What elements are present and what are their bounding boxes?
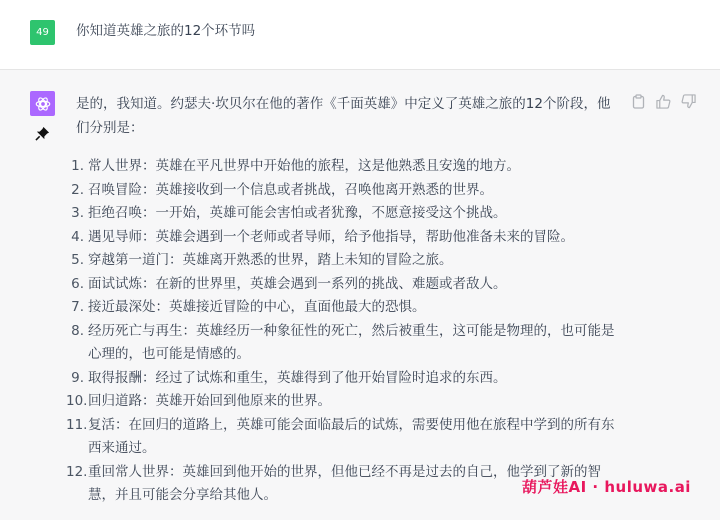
- openai-logo-icon: [34, 95, 52, 113]
- list-item: 1.常人世界：英雄在平凡世界中开始他的旅程，这是他熟悉且安逸的地方。: [66, 155, 626, 179]
- list-item: 2.召唤冒险：英雄接收到一个信息或者挑战，召唤他离开熟悉的世界。: [66, 179, 626, 203]
- step-text: 回归道路：英雄开始回到他原来的世界。: [88, 390, 626, 414]
- step-number: 3.: [66, 202, 88, 226]
- list-item: 5.穿越第一道门：英雄离开熟悉的世界，踏上未知的冒险之旅。: [66, 249, 626, 273]
- message-actions: [630, 93, 696, 109]
- step-number: 12.: [66, 461, 88, 508]
- thumbs-up-icon: [656, 94, 671, 109]
- clipboard-icon: [632, 94, 645, 109]
- step-text: 召唤冒险：英雄接收到一个信息或者挑战，召唤他离开熟悉的世界。: [88, 179, 626, 203]
- step-number: 11.: [66, 414, 88, 461]
- step-text: 遇见导师：英雄会遇到一个老师或者导师，给予他指导，帮助他准备未来的冒险。: [88, 226, 626, 250]
- assistant-intro-text: 是的，我知道。约瑟夫·坎贝尔在他的著作《千面英雄》中定义了英雄之旅的12个阶段，…: [76, 93, 621, 140]
- list-item: 11.复活：在回归的道路上，英雄可能会面临最后的试炼，需要使用他在旅程中学到的所…: [66, 414, 626, 461]
- list-item: 7.接近最深处：英雄接近冒险的中心，直面他最大的恐惧。: [66, 296, 626, 320]
- user-message-row: 49 你知道英雄之旅的12个环节吗: [0, 0, 720, 70]
- step-number: 6.: [66, 273, 88, 297]
- list-item: 4.遇见导师：英雄会遇到一个老师或者导师，给予他指导，帮助他准备未来的冒险。: [66, 226, 626, 250]
- thumbs-up-button[interactable]: [655, 93, 671, 109]
- step-number: 4.: [66, 226, 88, 250]
- assistant-message-row: 是的，我知道。约瑟夫·坎贝尔在他的著作《千面英雄》中定义了英雄之旅的12个阶段，…: [0, 71, 720, 520]
- pin-icon[interactable]: [35, 126, 50, 141]
- step-text: 穿越第一道门：英雄离开熟悉的世界，踏上未知的冒险之旅。: [88, 249, 626, 273]
- step-text: 经历死亡与再生：英雄经历一种象征性的死亡，然后被重生，这可能是物理的，也可能是心…: [88, 320, 626, 367]
- copy-button[interactable]: [630, 93, 646, 109]
- step-number: 8.: [66, 320, 88, 367]
- user-avatar: 49: [30, 20, 55, 45]
- step-number: 1.: [66, 155, 88, 179]
- step-number: 9.: [66, 367, 88, 391]
- step-number: 10.: [66, 390, 88, 414]
- step-number: 2.: [66, 179, 88, 203]
- list-item: 9.取得报酬：经过了试炼和重生，英雄得到了他开始冒险时追求的东西。: [66, 367, 626, 391]
- step-text: 面试试炼：在新的世界里，英雄会遇到一系列的挑战、难题或者敌人。: [88, 273, 626, 297]
- user-message-text: 你知道英雄之旅的12个环节吗: [76, 22, 255, 40]
- hero-journey-steps-list: 1.常人世界：英雄在平凡世界中开始他的旅程，这是他熟悉且安逸的地方。 2.召唤冒…: [66, 155, 626, 508]
- step-text: 常人世界：英雄在平凡世界中开始他的旅程，这是他熟悉且安逸的地方。: [88, 155, 626, 179]
- list-item: 8.经历死亡与再生：英雄经历一种象征性的死亡，然后被重生，这可能是物理的，也可能…: [66, 320, 626, 367]
- list-item: 3.拒绝召唤：一开始，英雄可能会害怕或者犹豫，不愿意接受这个挑战。: [66, 202, 626, 226]
- thumbs-down-icon: [681, 94, 696, 109]
- assistant-avatar: [30, 91, 55, 116]
- step-number: 7.: [66, 296, 88, 320]
- step-number: 5.: [66, 249, 88, 273]
- step-text: 接近最深处：英雄接近冒险的中心，直面他最大的恐惧。: [88, 296, 626, 320]
- watermark: 葫芦娃AI · huluwa.ai: [522, 476, 691, 497]
- thumbs-down-button[interactable]: [680, 93, 696, 109]
- step-text: 复活：在回归的道路上，英雄可能会面临最后的试炼，需要使用他在旅程中学到的所有东西…: [88, 414, 626, 461]
- step-text: 拒绝召唤：一开始，英雄可能会害怕或者犹豫，不愿意接受这个挑战。: [88, 202, 626, 226]
- step-text: 取得报酬：经过了试炼和重生，英雄得到了他开始冒险时追求的东西。: [88, 367, 626, 391]
- list-item: 6.面试试炼：在新的世界里，英雄会遇到一系列的挑战、难题或者敌人。: [66, 273, 626, 297]
- list-item: 10.回归道路：英雄开始回到他原来的世界。: [66, 390, 626, 414]
